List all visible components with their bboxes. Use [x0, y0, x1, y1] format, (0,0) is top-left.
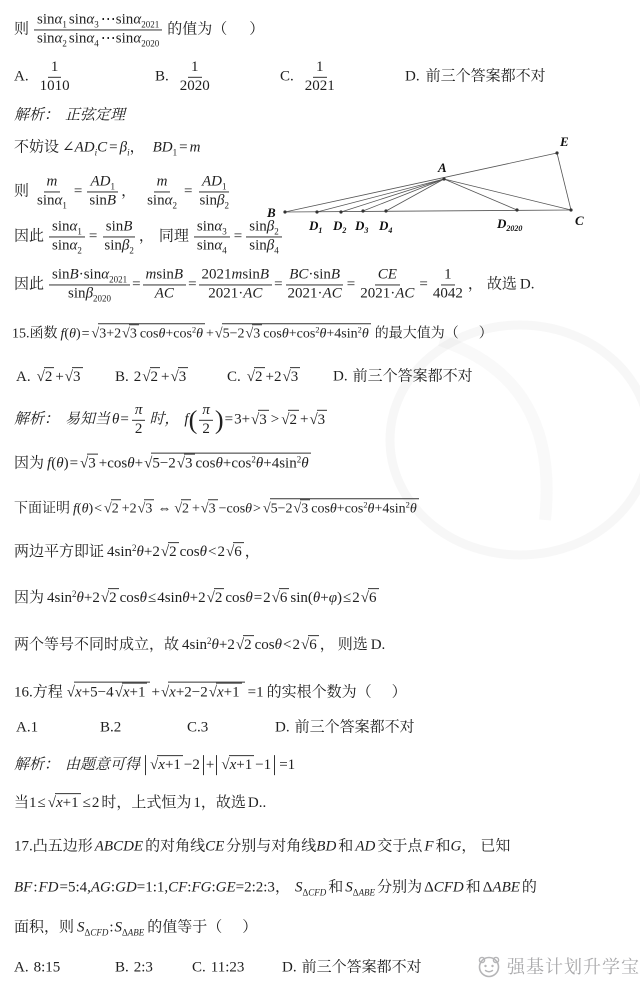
- q14-option-c: C.12021: [280, 59, 340, 95]
- diagram-segment: [444, 179, 571, 210]
- q17-stem-2: BF:FD=5:4,AG:GD=1:1,CF:FG:GE=2:2:3，SΔCFD…: [14, 878, 537, 897]
- q14-option-b: B.12020: [155, 59, 215, 95]
- diagram-label: D1: [308, 218, 322, 235]
- q15-step-1: 因为f(θ)=√3+cosθ+√5−2√3cosθ+cos2θ+4sin2θ: [14, 453, 312, 474]
- q16-option-b: B.2: [100, 719, 121, 738]
- q15-analysis: 解析：易知当θ=π2时，f(π2)=3+√3>√2+√3: [14, 402, 328, 438]
- document-page: { "symbols":{"radical":"√"}, "watermark"…: [0, 0, 640, 998]
- q15-step-5: 两个等号不同时成立，故4sin2θ+2√2cosθ<2√6，则选D.: [14, 635, 385, 655]
- watermark-text: 强基计划升学宝: [507, 953, 640, 979]
- q17-option-c: C.11:23: [192, 959, 244, 978]
- diagram-label: D2020: [496, 216, 522, 233]
- q16-analysis: 解析：由题意可得√x+1−2+√x+1−1=1: [14, 755, 295, 775]
- q15-stem: 15.函数f(θ)=√3+2√3cosθ+cos2θ+√5−2√3cosθ+co…: [12, 323, 493, 343]
- q14-option-d: D.前三个答案都不对: [405, 68, 546, 87]
- diagram-segment: [363, 179, 444, 211]
- diagram-point: [569, 208, 572, 211]
- watermark-logo-icon: [476, 953, 502, 979]
- q14-step-2: 则msinα1=AD1sinB，msinα2=AD1sinβ2: [14, 173, 234, 210]
- diagram-label: D3: [354, 218, 368, 235]
- q14-stem: 则sinα1sinα3⋯sinα2021sinα2sinα4⋯sinα2020的…: [14, 11, 264, 48]
- q15-option-a: A.√2+√3: [16, 367, 84, 387]
- q15-option-c: C.√2+2√3: [227, 367, 301, 387]
- q14-step-1: 不妨设∠ADiC=βi，BD1=m: [14, 138, 200, 157]
- q15-option-d: D.前三个答案都不对: [333, 368, 473, 387]
- diagram-point: [361, 209, 364, 212]
- q17-stem-1: 17.凸五边形ABCDE的对角线CE分别与对角线BD和AD交于点F和G，已知: [14, 838, 510, 857]
- diagram-point: [555, 151, 558, 154]
- diagram-segment: [317, 179, 444, 212]
- q14-analysis-label: 解析：正弦定理: [14, 107, 125, 126]
- q16-stem: 16.方程√x+5−4√x+1+√x+2−2√x+1=1的实根个数为（）: [14, 682, 407, 703]
- q16-option-c: C.3: [187, 719, 208, 738]
- q15-step-2: 下面证明f(θ)<√2+2√3⇔√2+√3−cosθ>√5−2√3cosθ+co…: [14, 498, 420, 518]
- diagram-segment: [285, 210, 571, 212]
- q17-option-a: A.8:15: [14, 959, 60, 978]
- diagram-segment: [285, 153, 557, 212]
- geometry-diagram: BD1D2D3D4D2020CEA: [255, 130, 640, 245]
- q14-step-4: 因此sinB·sinα2021sinβ2020=msinBAC=2021msin…: [14, 266, 534, 303]
- q16-step-1: 当1≤√x+1≤2时，上式恒为1，故选D..: [14, 793, 266, 813]
- watermark: 强基计划升学宝: [476, 953, 640, 979]
- diagram-point: [339, 210, 342, 213]
- q17-option-b: B.2:3: [115, 959, 153, 978]
- diagram-point: [283, 210, 286, 213]
- q17-stem-3: 面积，则SΔCFD:SΔABE的值等于（）: [14, 918, 257, 937]
- diagram-point: [384, 209, 387, 212]
- diagram-label: A: [437, 160, 447, 175]
- q17-option-d: D.前三个答案都不对: [282, 959, 422, 978]
- q16-option-a: A.1: [16, 719, 38, 738]
- q15-step-3: 两边平方即证4sin2θ+2√2cosθ<2√6，: [14, 542, 260, 562]
- diagram-label: B: [266, 205, 276, 220]
- q14-step-3: 因此sinα1sinα2=sinBsinβ2，同理sinα3sinα4=sinβ…: [14, 218, 284, 255]
- diagram-segment: [557, 153, 571, 210]
- q14-option-a: A.11010: [14, 59, 75, 95]
- diagram-point: [515, 208, 518, 211]
- diagram-label: E: [559, 134, 569, 149]
- q16-option-d: D.前三个答案都不对: [275, 719, 415, 738]
- diagram-label: C: [575, 213, 584, 228]
- diagram-label: D2: [332, 218, 346, 235]
- diagram-point: [442, 177, 445, 180]
- q15-step-4: 因为4sin2θ+2√2cosθ≤4sinθ+2√2cosθ=2√6sin(θ+…: [14, 588, 380, 608]
- diagram-point: [315, 210, 318, 213]
- q15-option-b: B.2√2+√3: [115, 367, 189, 387]
- diagram-label: D4: [378, 218, 392, 235]
